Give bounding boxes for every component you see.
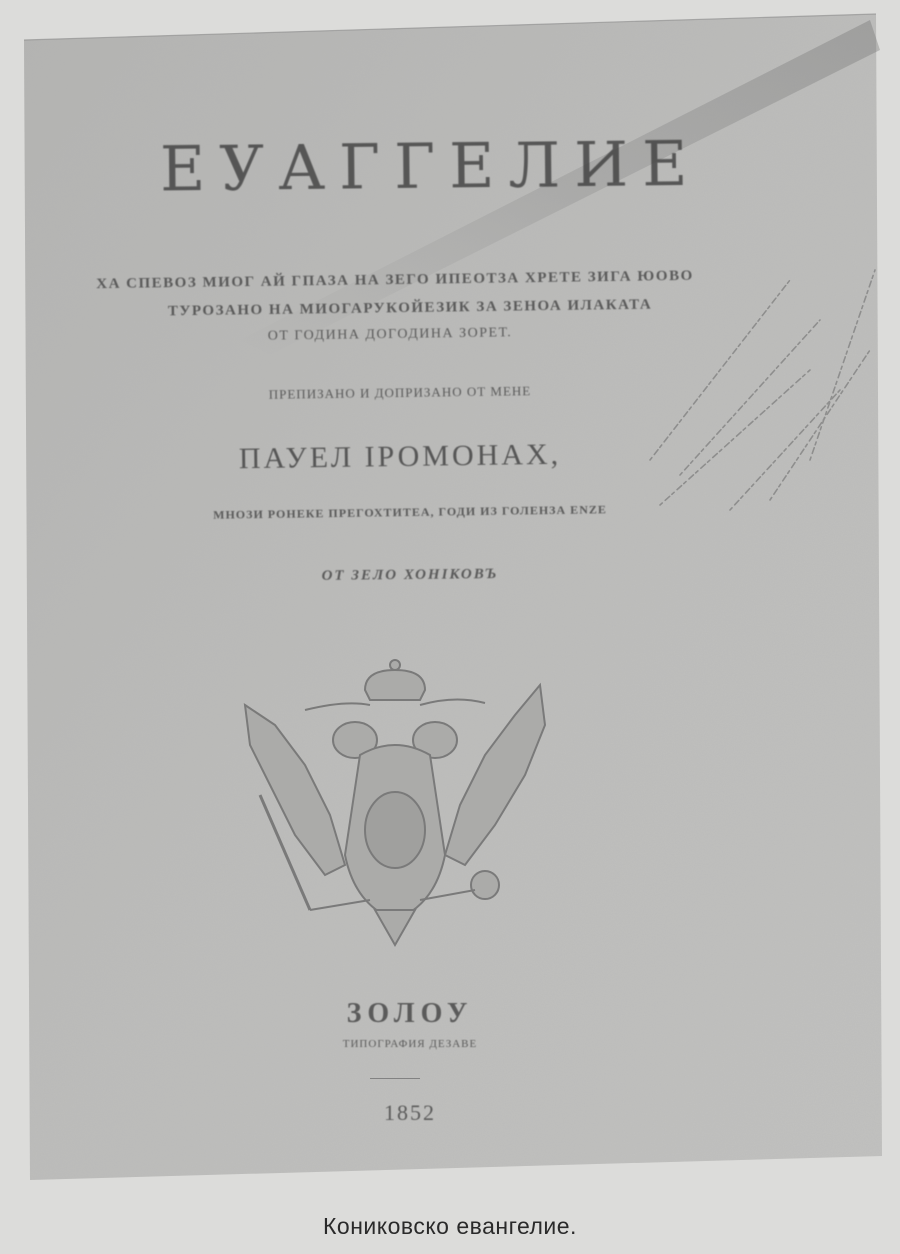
publication-year: 1852 xyxy=(330,1100,490,1126)
origin-line: ОТ ЗЕЛО ХОНІКОВЪ xyxy=(250,565,570,585)
ornamental-rule xyxy=(370,1078,420,1079)
printer-imprint: ТИПОГРАФИЯ ДЕЗАВЕ xyxy=(280,1038,540,1050)
author-name: ПАУЕЛ ІРОМОНАХ, xyxy=(200,437,600,477)
photo-plate: ЕУАГГЕЛИЕ ХА СПЕВОЗ МИОГ АЙ ГПАЗА НА ЗЕГ… xyxy=(0,0,900,1254)
figure-caption: Кониковско евангелие. xyxy=(0,1213,900,1240)
double-headed-eagle-emblem xyxy=(235,655,555,955)
book-title: ЕУАГГЕЛИЕ xyxy=(160,128,631,206)
city-imprint: ЗОЛОУ xyxy=(290,998,530,1030)
handwritten-note xyxy=(640,260,880,520)
